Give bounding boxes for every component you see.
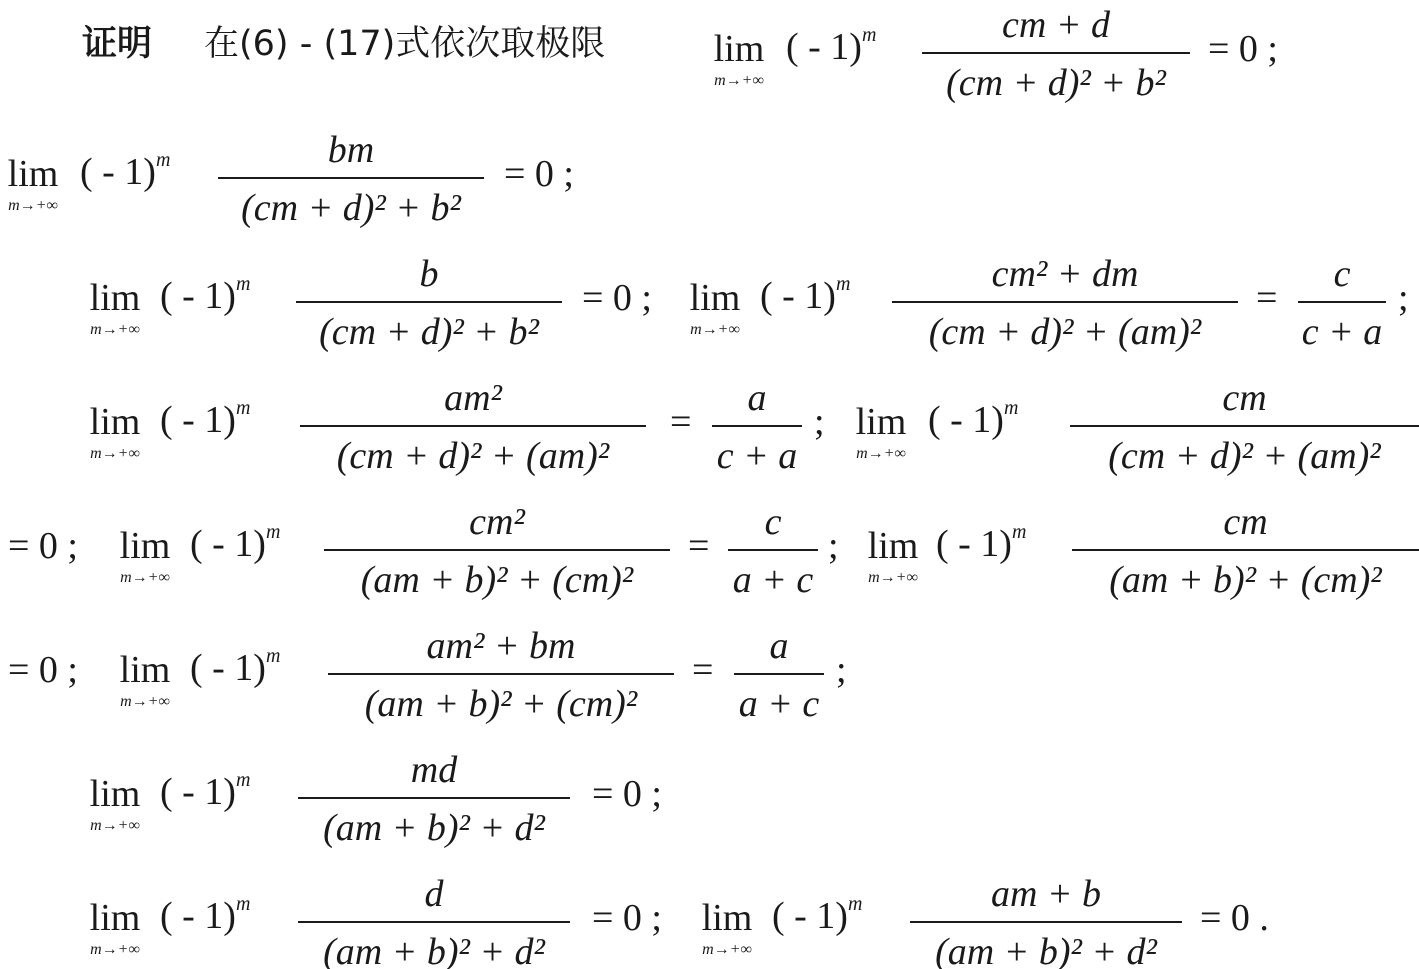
sign-factor: ( - 1)m: [786, 28, 876, 66]
fraction: cm(cm + d)² + (am)²: [1070, 379, 1419, 475]
semicolon: ;: [836, 651, 847, 689]
limit-operator: limm→+∞: [690, 899, 764, 959]
limit-operator: limm→+∞: [0, 155, 70, 215]
fraction: d(am + b)² + d²: [298, 875, 570, 969]
result-continued: = 0 ;: [8, 527, 78, 565]
limit-operator: limm→+∞: [78, 403, 152, 463]
sign-factor: ( - 1)m: [160, 897, 250, 935]
sign-factor: ( - 1)m: [160, 401, 250, 439]
sign-factor: ( - 1)m: [190, 649, 280, 687]
limit-operator: limm→+∞: [108, 527, 182, 587]
result: = 0 ;: [582, 279, 652, 317]
limit-operator: limm→+∞: [844, 403, 918, 463]
limit-operator: limm→+∞: [856, 527, 930, 587]
result-fraction: ac + a: [712, 379, 802, 475]
sign-factor: ( - 1)m: [160, 277, 250, 315]
result-fraction: aa + c: [734, 627, 824, 723]
result-fraction: ca + c: [728, 503, 818, 599]
sign-factor: ( - 1)m: [80, 153, 170, 191]
result: = 0 ;: [592, 899, 662, 937]
limit-operator: limm→+∞: [78, 775, 152, 835]
fraction: cm + d(cm + d)² + b²: [922, 6, 1190, 102]
fraction: am² + bm(am + b)² + (cm)²: [328, 627, 674, 723]
result: = 0 ;: [592, 775, 662, 813]
limit-operator: limm→+∞: [78, 279, 152, 339]
semicolon: ;: [1398, 279, 1409, 317]
fraction: cm²(am + b)² + (cm)²: [324, 503, 670, 599]
limit-operator: limm→+∞: [78, 899, 152, 959]
equals: =: [688, 527, 709, 565]
fraction: cm(am + b)² + (cm)²: [1072, 503, 1419, 599]
equals: =: [1256, 279, 1277, 317]
semicolon: ;: [828, 527, 839, 565]
semicolon: ;: [814, 403, 825, 441]
sign-factor: ( - 1)m: [936, 525, 1026, 563]
result-fraction: cc + a: [1298, 255, 1386, 351]
fraction: am²(cm + d)² + (am)²: [300, 379, 646, 475]
result: = 0 ;: [1208, 30, 1278, 68]
limit-operator: limm→+∞: [108, 651, 182, 711]
fraction: cm² + dm(cm + d)² + (am)²: [892, 255, 1238, 351]
proof-label: 证明: [82, 27, 152, 62]
sign-factor: ( - 1)m: [160, 773, 250, 811]
equals: =: [692, 651, 713, 689]
fraction: am + b(am + b)² + d²: [910, 875, 1182, 969]
sign-factor: ( - 1)m: [772, 897, 862, 935]
intro-text: 在(6) - (17)式依次取极限: [204, 27, 605, 62]
result: = 0 ;: [504, 155, 574, 193]
result: = 0 .: [1200, 899, 1269, 937]
limit-operator: limm→+∞: [678, 279, 752, 339]
fraction: md(am + b)² + d²: [298, 751, 570, 847]
sign-factor: ( - 1)m: [190, 525, 280, 563]
fraction: b(cm + d)² + b²: [296, 255, 562, 351]
sign-factor: ( - 1)m: [760, 277, 850, 315]
fraction: bm(cm + d)² + b²: [218, 131, 484, 227]
sign-factor: ( - 1)m: [928, 401, 1018, 439]
limit-operator: limm→+∞: [704, 30, 774, 90]
equals: =: [670, 403, 691, 441]
result-continued: = 0 ;: [8, 651, 78, 689]
